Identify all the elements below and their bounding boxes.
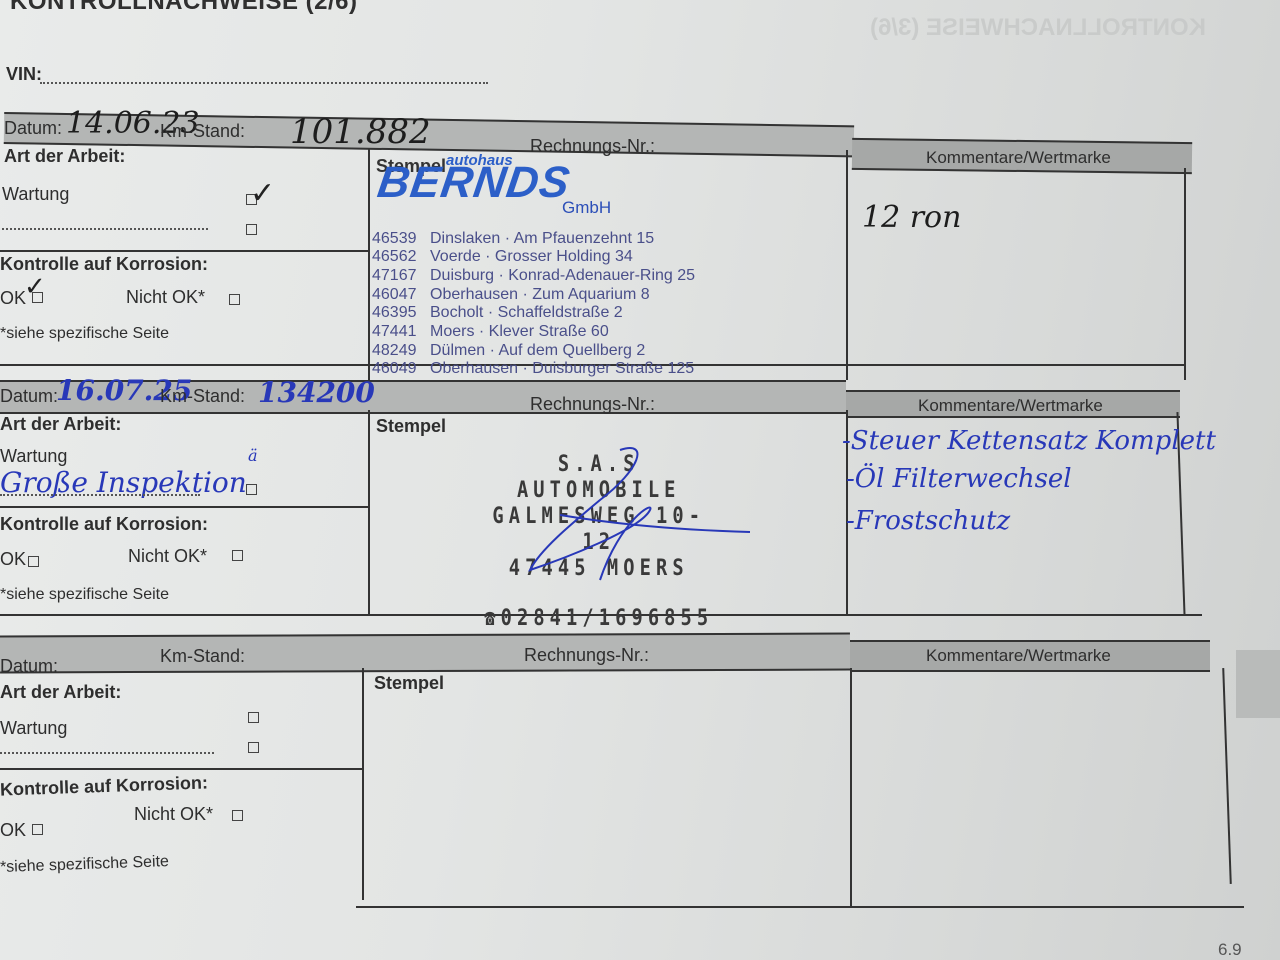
art-der-arbeit-label: Art der Arbeit:	[4, 146, 125, 167]
stamp-address: 48249Dülmen · Auf dem Quellberg 2	[372, 342, 645, 360]
entry-2-other-checkbox[interactable]	[246, 484, 257, 495]
nicht-ok-label: Nicht OK*	[126, 287, 205, 308]
ok-label: OK	[0, 549, 26, 570]
datum-label: Datum:	[4, 118, 62, 139]
entry-2-kommentar-line-3[interactable]: -Frostschutz	[846, 506, 1010, 536]
entry-2-kommentar-line-1[interactable]: -Steuer Kettensatz Komplett	[842, 426, 1216, 456]
km-stand-label: Km-Stand:	[160, 386, 245, 407]
ok-label: OK	[0, 820, 26, 841]
entry-3-korrosion-nicht-ok-checkbox[interactable]	[232, 810, 243, 821]
footnote: *siehe spezifische Seite	[0, 586, 169, 604]
entry-1-kommentar[interactable]: 12 ron	[862, 200, 961, 235]
signature	[500, 440, 760, 590]
divider	[362, 668, 364, 900]
wartung-mark: ä	[248, 446, 258, 465]
divider	[0, 506, 368, 508]
divider	[850, 668, 852, 908]
wartung-label: Wartung	[2, 184, 69, 205]
stamp-address: 46395Bocholt · Schaffeldstraße 2	[372, 304, 623, 322]
stamp-address: 47167Duisburg · Konrad-Adenauer-Ring 25	[372, 267, 695, 285]
divider	[368, 410, 370, 614]
art-der-arbeit-label: Art der Arbeit:	[0, 414, 121, 435]
stamp-address: 47441Moers · Klever Straße 60	[372, 323, 609, 341]
stamp-phone: ☎02841/1696855	[484, 606, 714, 632]
nicht-ok-label: Nicht OK*	[128, 546, 207, 567]
page-title: KONTROLLNACHWEISE (2/6)	[10, 0, 358, 16]
km-stand-label: Km-Stand:	[160, 121, 245, 142]
rechnungs-nr-label: Rechnungs-Nr.:	[524, 645, 649, 666]
entry-2-km-stand[interactable]: 134200	[258, 376, 375, 409]
stamp-address: 46539Dinslaken · Am Pfauenzehnt 15	[372, 230, 654, 248]
wartung-label: Wartung	[0, 446, 67, 467]
divider	[0, 768, 362, 770]
stamp-logo: BERNDS	[374, 158, 573, 208]
kommentare-label: Kommentare/Wertmarke	[926, 148, 1111, 168]
entry-3-korrosion-ok-checkbox[interactable]	[32, 824, 43, 835]
divider	[1184, 168, 1186, 380]
stamp-address: 46047Oberhausen · Zum Aquarium 8	[372, 286, 650, 304]
stempel-label: Stempel	[374, 673, 444, 694]
page-number: 6.9	[1218, 940, 1242, 960]
entry-2-kommentar-line-2[interactable]: -Öl Filterwechsel	[846, 464, 1072, 494]
ghost-title-bleedthrough: KONTROLLNACHWEISE (3/6)	[870, 14, 1206, 42]
korrosion-label: Kontrolle auf Korrosion:	[0, 514, 208, 535]
stempel-label: Stempel	[376, 416, 446, 437]
rechnungs-nr-label: Rechnungs-Nr.:	[530, 394, 655, 415]
checkmark-icon: ✓	[250, 176, 275, 211]
entry-1-other-checkbox[interactable]	[246, 224, 257, 235]
kommentare-label: Kommentare/Wertmarke	[926, 646, 1111, 666]
stamp-address: 46562Voerde · Grosser Holding 34	[372, 248, 633, 266]
km-stand-label: Km-Stand:	[160, 646, 245, 667]
korrosion-label: Kontrolle auf Korrosion:	[0, 772, 208, 800]
stamp-brand-suffix: GmbH	[562, 198, 611, 218]
divider	[846, 150, 848, 380]
checkmark-icon: ✓	[24, 272, 46, 302]
footnote: *siehe spezifische Seite	[0, 325, 169, 343]
entry-1-korrosion-nicht-ok-checkbox[interactable]	[229, 294, 240, 305]
entry-3-header-bar	[0, 633, 850, 674]
ok-label: OK	[0, 288, 26, 309]
phone-icon: ☎	[484, 606, 500, 631]
entry-2-korrosion-nicht-ok-checkbox[interactable]	[232, 550, 243, 561]
stamp-address: 46049Oberhausen · Duisburger Straße 125	[372, 360, 694, 378]
art-der-arbeit-label: Art der Arbeit:	[0, 682, 121, 703]
wartung-label: Wartung	[0, 718, 67, 739]
vin-label: VIN:	[6, 64, 42, 85]
datum-label: Datum:	[0, 386, 58, 407]
nicht-ok-label: Nicht OK*	[134, 804, 213, 825]
footnote: *siehe spezifische Seite	[0, 853, 169, 877]
divider	[1222, 668, 1232, 884]
entry-3-other-checkbox[interactable]	[248, 742, 259, 753]
entry-3-wartung-checkbox[interactable]	[248, 712, 259, 723]
page-tab-edge	[1236, 650, 1280, 718]
vin-field[interactable]	[40, 82, 488, 84]
divider	[0, 250, 368, 252]
entry-2-korrosion-ok-checkbox[interactable]	[28, 556, 39, 567]
kommentare-label: Kommentare/Wertmarke	[918, 396, 1103, 416]
entry-2-other-work-field[interactable]	[0, 494, 200, 496]
datum-label: Datum:	[0, 656, 58, 677]
divider	[368, 148, 370, 380]
entry-1-other-work-field[interactable]	[2, 228, 208, 230]
rechnungs-nr-label: Rechnungs-Nr.:	[530, 136, 655, 157]
entry-3-other-work-field[interactable]	[0, 752, 214, 754]
entry-1-km-stand[interactable]: 101.882	[290, 112, 431, 152]
divider	[356, 906, 1244, 908]
